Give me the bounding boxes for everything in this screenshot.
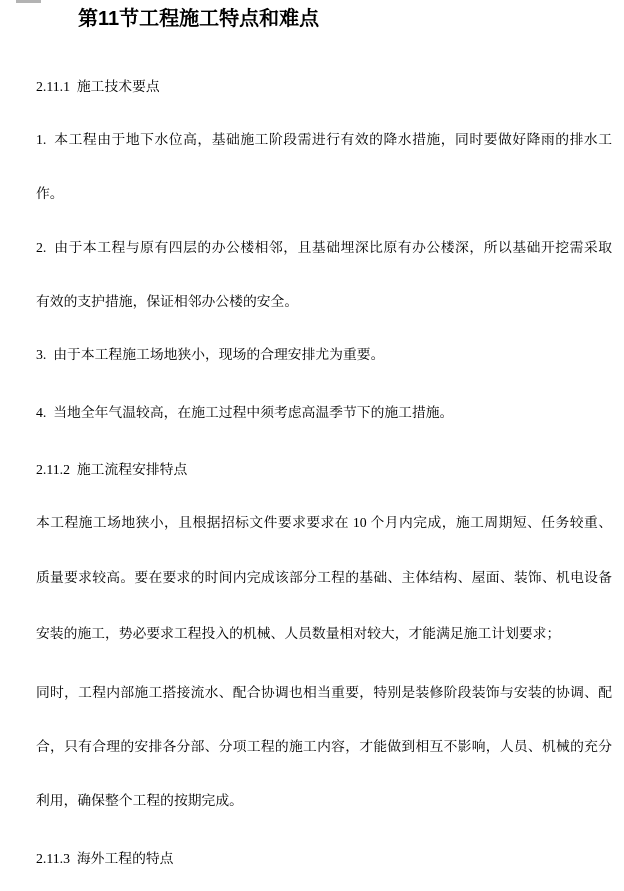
section-heading: 2.11.1 施工技术要点 xyxy=(36,78,612,95)
scrollbar-artifact xyxy=(16,0,41,3)
text-line: 3. 由于本工程施工场地狭小，现场的合理安排尤为重要。 xyxy=(36,346,612,363)
text-line: 2. 由于本工程与原有四层的办公楼相邻，且基础埋深比原有办公楼深，所以基础开挖需… xyxy=(36,239,612,256)
text-line: 本工程施工场地狭小，且根据招标文件要求要求在 10 个月内完成，施工周期短、任务… xyxy=(36,514,612,531)
document-title: 第11节工程施工特点和难点 xyxy=(78,7,319,31)
text-line: 质量要求较高。要在要求的时间内完成该部分工程的基础、主体结构、屋面、装饰、机电设… xyxy=(36,569,612,586)
text-line: 有效的支护措施，保证相邻办公楼的安全。 xyxy=(36,293,612,310)
text-line: 利用，确保整个工程的按期完成。 xyxy=(36,792,612,809)
text-line: 1. 本工程由于地下水位高，基础施工阶段需进行有效的降水措施，同时要做好降雨的排… xyxy=(36,131,612,148)
document-page: 第11节工程施工特点和难点 2.11.1 施工技术要点1. 本工程由于地下水位高… xyxy=(0,0,624,891)
text-line: 同时，工程内部施工搭接流水、配合协调也相当重要，特别是装修阶段装饰与安装的协调、… xyxy=(36,684,612,701)
text-line: 4. 当地全年气温较高，在施工过程中须考虑高温季节下的施工措施。 xyxy=(36,404,612,421)
text-line: 合，只有合理的安排各分部、分项工程的施工内容，才能做到相互不影响，人员、机械的充… xyxy=(36,738,612,755)
text-line: 作。 xyxy=(36,185,612,202)
section-heading: 2.11.2 施工流程安排特点 xyxy=(36,461,612,478)
section-heading: 2.11.3 海外工程的特点 xyxy=(36,850,612,867)
text-line: 安装的施工，势必要求工程投入的机械、人员数量相对较大，才能满足施工计划要求； xyxy=(36,625,612,642)
